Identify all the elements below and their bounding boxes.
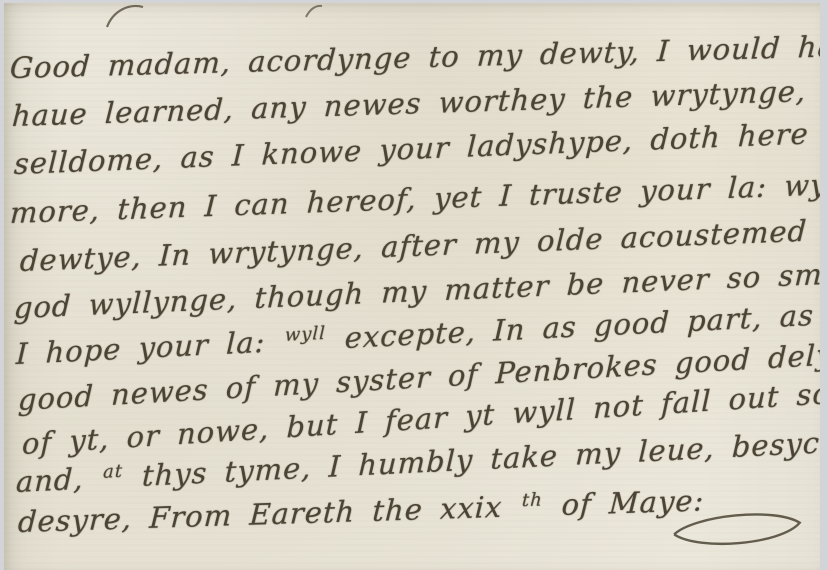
interlinear-insertion: at: [103, 461, 124, 483]
line-text: I hope your la:: [15, 325, 266, 371]
line-text: Good madam, acordynge to my dewty, I wou…: [9, 26, 820, 85]
cropped-stroke-mark: [99, 3, 159, 29]
line-text: and,: [15, 462, 84, 499]
line-text: desyre, From Eareth the xxix: [17, 490, 503, 539]
interlinear-insertion: th: [521, 490, 543, 512]
cropped-stroke-mark: [300, 3, 326, 19]
scanned-manuscript: Good madam, acordynge to my dewty, I wou…: [0, 0, 828, 570]
pen-flourish: [667, 503, 809, 556]
interlinear-insertion: wyll: [284, 323, 326, 346]
manuscript-line: Good madam, acordynge to my dewty, I wou…: [9, 26, 820, 85]
manuscript-page: Good madam, acordynge to my dewty, I wou…: [4, 3, 820, 570]
